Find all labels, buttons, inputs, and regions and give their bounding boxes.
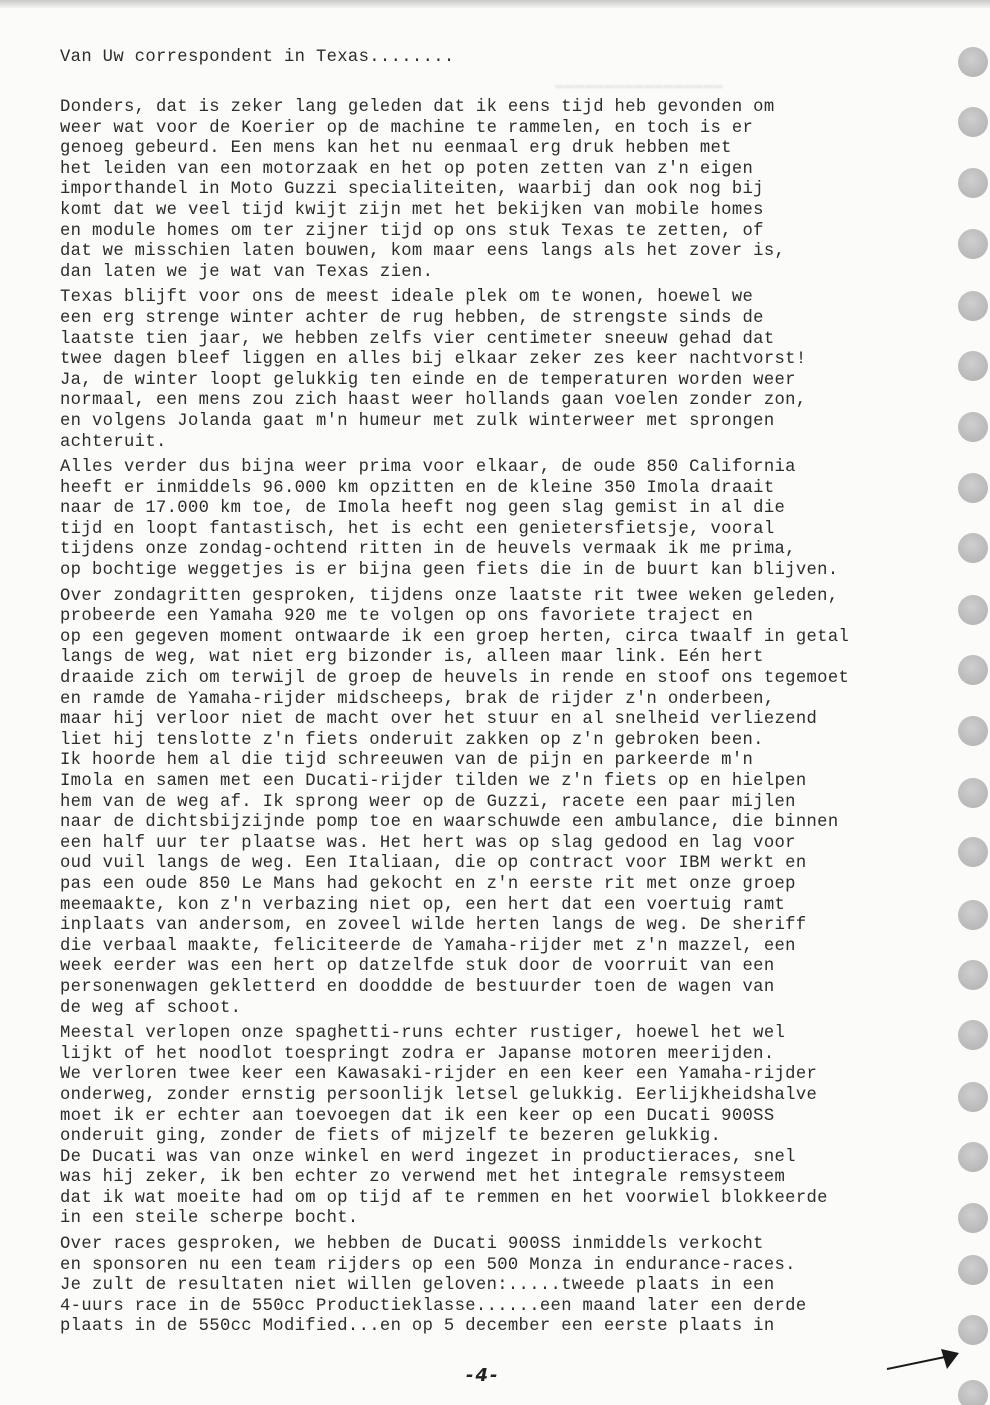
binder-hole xyxy=(958,960,988,990)
binder-hole xyxy=(958,837,988,867)
binder-hole xyxy=(958,900,988,930)
page-number: -4- xyxy=(466,1365,499,1386)
text-line: op bochtige weggetjes is er bijna geen f… xyxy=(60,561,990,582)
binder-hole xyxy=(958,1020,988,1050)
scan-top-edge xyxy=(0,0,990,8)
text-line: Over zondagritten gesproken, tijdens onz… xyxy=(60,587,990,608)
text-line: de weg af schoot. xyxy=(60,999,990,1020)
text-line: die verbaal maakte, feliciteerde de Yama… xyxy=(60,937,990,958)
paragraph: Meestal verlopen onze spaghetti-runs ech… xyxy=(60,1024,990,1230)
text-line: meemaakte, kon z'n verbazing niet op, ee… xyxy=(60,896,990,917)
text-line: twee dagen bleef liggen en alles bij elk… xyxy=(60,350,990,371)
text-line: was hij zeker, ik ben echter zo verwend … xyxy=(60,1168,990,1189)
typewritten-page: Van Uw correspondent in Texas........ Do… xyxy=(60,47,990,1343)
text-line: en ramde de Yamaha-rijder midscheeps, br… xyxy=(60,690,990,711)
binder-hole xyxy=(958,655,988,685)
text-line: en sponsoren nu een team rijders op een … xyxy=(60,1256,990,1277)
text-line: Ik hoorde hem al die tijd schreeuwen van… xyxy=(60,751,990,772)
paragraph: Over zondagritten gesproken, tijdens onz… xyxy=(60,587,990,1019)
text-line: Imola en samen met een Ducati-rijder til… xyxy=(60,772,990,793)
page-heading: Van Uw correspondent in Texas........ xyxy=(60,47,990,68)
text-line: lijkt of het noodlot toespringt zodra er… xyxy=(60,1045,990,1066)
paragraph: Donders, dat is zeker lang geleden dat i… xyxy=(60,98,990,283)
binder-hole xyxy=(958,107,988,137)
text-line: dat we misschien laten bouwen, kom maar … xyxy=(60,242,990,263)
text-line: Ja, de winter loopt gelukkig ten einde e… xyxy=(60,371,990,392)
binder-hole xyxy=(958,778,988,808)
binder-hole xyxy=(958,1315,988,1345)
text-line: probeerde een Yamaha 920 me te volgen op… xyxy=(60,607,990,628)
binder-hole xyxy=(958,1142,988,1172)
text-line: Texas blijft voor ons de meest ideale pl… xyxy=(60,288,990,309)
text-line: oud vuil langs de weg. Een Italiaan, die… xyxy=(60,854,990,875)
text-line: achteruit. xyxy=(60,433,990,454)
text-line: tijdens onze zondag-ochtend ritten in de… xyxy=(60,540,990,561)
arrow-right-icon xyxy=(885,1345,960,1375)
text-line: komt dat we veel tijd kwijt zijn met het… xyxy=(60,201,990,222)
binder-hole xyxy=(958,412,988,442)
binder-hole xyxy=(958,47,988,77)
text-line: onderweg, zonder ernstig persoonlijk let… xyxy=(60,1086,990,1107)
text-line: liet hij tenslotte z'n fiets onderuit za… xyxy=(60,731,990,752)
text-line: Over races gesproken, we hebben de Ducat… xyxy=(60,1235,990,1256)
binder-hole xyxy=(958,291,988,321)
text-line: een erg strenge winter achter de rug heb… xyxy=(60,309,990,330)
text-line: pas een oude 850 Le Mans had gekocht en … xyxy=(60,875,990,896)
text-line: weer wat voor de Koerier op de machine t… xyxy=(60,119,990,140)
binder-hole xyxy=(958,168,988,198)
binder-hole xyxy=(958,595,988,625)
binder-hole xyxy=(958,229,988,259)
binder-hole xyxy=(958,716,988,746)
paragraph: Over races gesproken, we hebben de Ducat… xyxy=(60,1235,990,1338)
text-line: normaal, een mens zou zich haast weer ho… xyxy=(60,391,990,412)
text-line: inplaats van andersom, en zoveel wilde h… xyxy=(60,916,990,937)
text-line: langs de weg, wat niet erg bizonder is, … xyxy=(60,648,990,669)
body-text: Donders, dat is zeker lang geleden dat i… xyxy=(60,98,990,1338)
binder-hole xyxy=(958,1255,988,1285)
text-line: onderuit ging, zonder de fiets of mijzel… xyxy=(60,1127,990,1148)
binder-hole xyxy=(958,473,988,503)
text-line: en module homes om ter zijner tijd op on… xyxy=(60,222,990,243)
text-line: heeft er inmiddels 96.000 km opzitten en… xyxy=(60,479,990,500)
text-line: en volgens Jolanda gaat m'n humeur met z… xyxy=(60,412,990,433)
text-line: op een gegeven moment ontwaarde ik een g… xyxy=(60,628,990,649)
binder-hole xyxy=(958,1380,988,1405)
text-line: week eerder was een hert op datzelfde st… xyxy=(60,957,990,978)
binder-hole xyxy=(958,1203,988,1233)
text-line: Je zult de resultaten niet willen gelove… xyxy=(60,1276,990,1297)
text-line: dan laten we je wat van Texas zien. xyxy=(60,263,990,284)
binder-hole xyxy=(958,533,988,563)
text-line: naar de dichtsbijzijnde pomp toe en waar… xyxy=(60,813,990,834)
binder-hole xyxy=(958,1082,988,1112)
text-line: het leiden van een motorzaak en het op p… xyxy=(60,160,990,181)
text-line: maar hij verloor niet de macht over het … xyxy=(60,710,990,731)
text-line: importhandel in Moto Guzzi specialiteite… xyxy=(60,180,990,201)
text-line: We verloren twee keer een Kawasaki-rijde… xyxy=(60,1065,990,1086)
text-line: plaats in de 550cc Modified...en op 5 de… xyxy=(60,1317,990,1338)
text-line: draaide zich om terwijl de groep de heuv… xyxy=(60,669,990,690)
text-line: Donders, dat is zeker lang geleden dat i… xyxy=(60,98,990,119)
text-line: Meestal verlopen onze spaghetti-runs ech… xyxy=(60,1024,990,1045)
text-line: dat ik wat moeite had om op tijd af te r… xyxy=(60,1189,990,1210)
text-line: tijd en loopt fantastisch, het is echt e… xyxy=(60,520,990,541)
text-line: naar de 17.000 km toe, de Imola heeft no… xyxy=(60,499,990,520)
text-line: 4-uurs race in de 550cc Productieklasse.… xyxy=(60,1297,990,1318)
text-line: in een steile scherpe bocht. xyxy=(60,1209,990,1230)
text-line: laatste tien jaar, we hebben zelfs vier … xyxy=(60,330,990,351)
binder-hole xyxy=(958,351,988,381)
text-line: Alles verder dus bijna weer prima voor e… xyxy=(60,458,990,479)
text-line: een half uur ter plaatse was. Het hert w… xyxy=(60,834,990,855)
paragraph: Alles verder dus bijna weer prima voor e… xyxy=(60,458,990,582)
text-line: hem van de weg af. Ik sprong weer op de … xyxy=(60,793,990,814)
text-line: De Ducati was van onze winkel en werd in… xyxy=(60,1148,990,1169)
paragraph: Texas blijft voor ons de meest ideale pl… xyxy=(60,288,990,453)
text-line: genoeg gebeurd. Een mens kan het nu eenm… xyxy=(60,139,990,160)
text-line: moet ik er echter aan toevoegen dat ik e… xyxy=(60,1107,990,1128)
text-line: personenwagen gekletterd en dooddde de b… xyxy=(60,978,990,999)
